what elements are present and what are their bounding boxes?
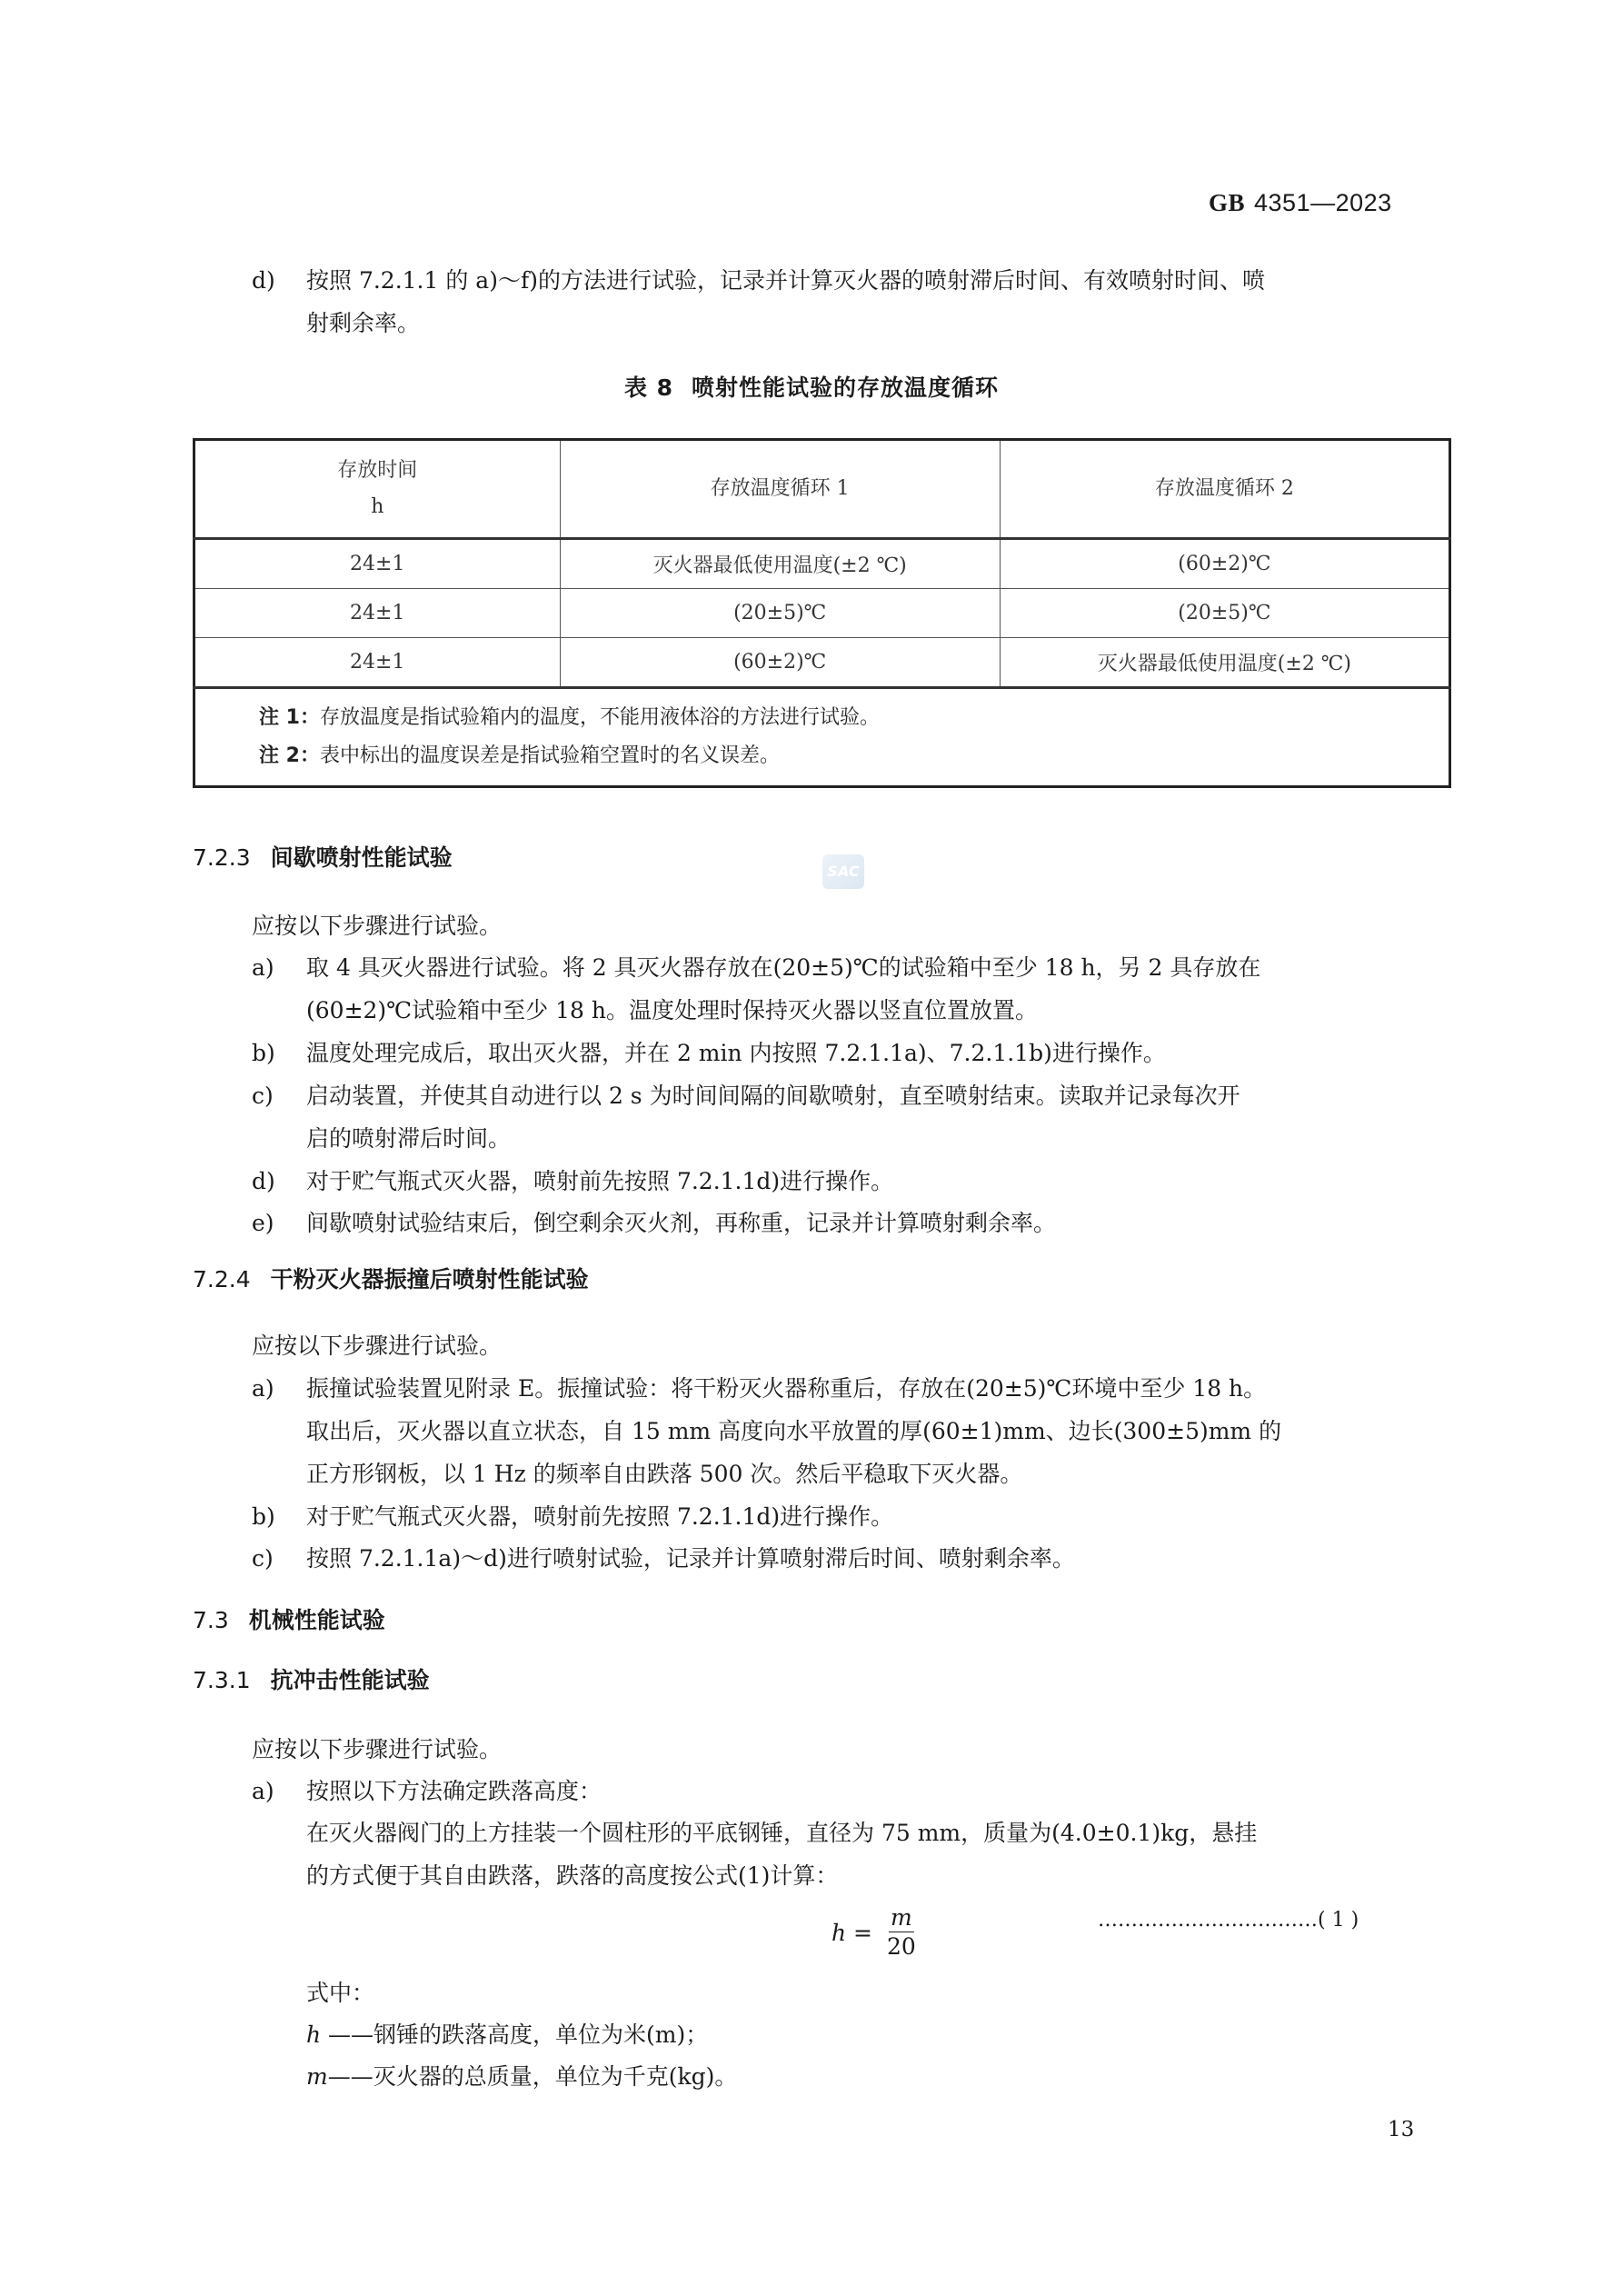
formula-numerator: m — [889, 1904, 914, 1932]
table-cell: (60±2)℃ — [1000, 539, 1449, 589]
item-text: 射剩余率。 — [306, 303, 420, 344]
standard-number: 4351—2023 — [1254, 189, 1392, 216]
table-cell: (60±2)℃ — [560, 638, 1000, 688]
item-text: 按照 7.2.1.1a)～d)进行喷射试验，记录并计算喷射滞后时间、喷射剩余率。 — [306, 1538, 1075, 1580]
formula-lhs: h — [831, 1920, 846, 1946]
item-text: 取 4 具灭火器进行试验。将 2 具灭火器存放在(20±5)℃的试验箱中至少 1… — [306, 947, 1260, 989]
header-storage-time: 存放时间h — [194, 440, 561, 539]
table-row: 24±1 灭火器最低使用温度(±2 ℃) (60±2)℃ — [194, 539, 1450, 589]
table-number: 表 8 — [624, 374, 673, 401]
body-text: 在灭火器阀门的上方挂装一个圆柱形的平底钢锤，直径为 75 mm，质量为(4.0±… — [306, 1812, 1257, 1854]
item-label: c) — [252, 1075, 274, 1117]
item-label: e) — [252, 1203, 274, 1244]
formula-1: h = m 20 — [831, 1904, 916, 1962]
item-text: 振撞试验装置见附录 E。振撞试验：将干粉灭火器称重后，存放在(20±5)℃环境中… — [306, 1368, 1266, 1410]
section-heading: 7.3.1抗冲击性能试验 — [193, 1662, 430, 1699]
item-text: 正方形钢板，以 1 Hz 的频率自由跌落 500 次。然后平稳取下灭火器。 — [306, 1453, 1022, 1495]
header-cycle-1: 存放温度循环 1 — [560, 440, 1000, 539]
storage-temperature-table: 存放时间h 存放温度循环 1 存放温度循环 2 24±1 灭火器最低使用温度(±… — [193, 438, 1451, 788]
where-label: 式中： — [306, 1972, 374, 2014]
formula-denominator: 20 — [887, 1932, 916, 1962]
item-text: 温度处理完成后，取出灭火器，并在 2 min 内按照 7.2.1.1a)、7.2… — [306, 1033, 1166, 1074]
table-header-row: 存放时间h 存放温度循环 1 存放温度循环 2 — [194, 440, 1450, 539]
item-text: 按照 7.2.1.1 的 a)～f)的方法进行试验，记录并计算灭火器的喷射滞后时… — [306, 260, 1265, 302]
table-cell: 24±1 — [194, 638, 561, 688]
table-row: 24±1 (20±5)℃ (20±5)℃ — [194, 589, 1450, 638]
item-text: 按照以下方法确定跌落高度： — [306, 1771, 602, 1812]
table-notes: 注 1：存放温度是指试验箱内的温度，不能用液体浴的方法进行试验。 注 2：表中标… — [194, 688, 1450, 787]
section-heading: 7.2.4干粉灭火器振撞后喷射性能试验 — [193, 1262, 589, 1298]
variable-definition: m——灭火器的总质量，单位为千克(kg)。 — [306, 2056, 737, 2098]
table-cell: 灭火器最低使用温度(±2 ℃) — [1000, 638, 1449, 688]
table-note: 注 2：表中标出的温度误差是指试验箱空置时的名义误差。 — [259, 737, 1449, 775]
table-cell: 24±1 — [194, 539, 561, 589]
body-text: 的方式便于其自由跌落，跌落的高度按公式(1)计算： — [306, 1855, 838, 1897]
page-number: 13 — [1388, 2118, 1414, 2141]
item-label: d) — [252, 260, 275, 302]
item-text: 对于贮气瓶式灭火器，喷射前先按照 7.2.1.1d)进行操作。 — [306, 1496, 893, 1538]
item-label: a) — [252, 947, 274, 989]
equation-number: ……………………………( 1 ) — [1098, 1909, 1359, 1932]
formula-equals: = — [846, 1920, 880, 1946]
sac-watermark-logo: SAC — [822, 854, 864, 889]
table-cell: 24±1 — [194, 589, 561, 638]
item-text: 取出后，灭火器以直立状态，自 15 mm 高度向水平放置的厚(60±1)mm、边… — [306, 1411, 1281, 1452]
variable-definition: h ——钢锤的跌落高度，单位为米(m)； — [306, 2014, 708, 2056]
item-label: d) — [252, 1161, 275, 1203]
table-cell: (20±5)℃ — [1000, 589, 1449, 638]
table-cell: 灭火器最低使用温度(±2 ℃) — [560, 539, 1000, 589]
item-text: 启动装置，并使其自动进行以 2 s 为时间间隔的间歇喷射，直至喷射结束。读取并记… — [306, 1075, 1240, 1117]
item-label: c) — [252, 1538, 274, 1580]
section-heading: 7.3机械性能试验 — [193, 1602, 385, 1639]
section-intro: 应按以下步骤进行试验。 — [252, 1729, 502, 1771]
item-label: b) — [252, 1033, 275, 1074]
item-text: 启的喷射滞后时间。 — [306, 1118, 511, 1160]
table-title: 表 8喷射性能试验的存放温度循环 — [0, 370, 1623, 403]
table-note: 注 1：存放温度是指试验箱内的温度，不能用液体浴的方法进行试验。 — [259, 699, 1449, 737]
section-intro: 应按以下步骤进行试验。 — [252, 1325, 502, 1367]
item-label: a) — [252, 1368, 274, 1410]
item-text: (60±2)℃试验箱中至少 18 h。温度处理时保持灭火器以竖直位置放置。 — [306, 990, 1038, 1032]
section-intro: 应按以下步骤进行试验。 — [252, 905, 502, 947]
standard-prefix: GB — [1209, 189, 1245, 216]
table-row: 24±1 (60±2)℃ 灭火器最低使用温度(±2 ℃) — [194, 638, 1450, 688]
table-notes-row: 注 1：存放温度是指试验箱内的温度，不能用液体浴的方法进行试验。 注 2：表中标… — [194, 688, 1450, 787]
table-cell: (20±5)℃ — [560, 589, 1000, 638]
item-label: a) — [252, 1771, 274, 1812]
section-heading: 7.2.3间歇喷射性能试验 — [193, 840, 453, 876]
table-caption: 喷射性能试验的存放温度循环 — [692, 374, 999, 401]
header-cycle-2: 存放温度循环 2 — [1000, 440, 1449, 539]
item-label: b) — [252, 1496, 275, 1538]
formula-fraction: m 20 — [887, 1904, 916, 1962]
item-text: 间歇喷射试验结束后，倒空剩余灭火剂，再称重，记录并计算喷射剩余率。 — [306, 1203, 1056, 1244]
standard-identifier: GB4351—2023 — [1209, 189, 1392, 217]
item-text: 对于贮气瓶式灭火器，喷射前先按照 7.2.1.1d)进行操作。 — [306, 1161, 893, 1203]
